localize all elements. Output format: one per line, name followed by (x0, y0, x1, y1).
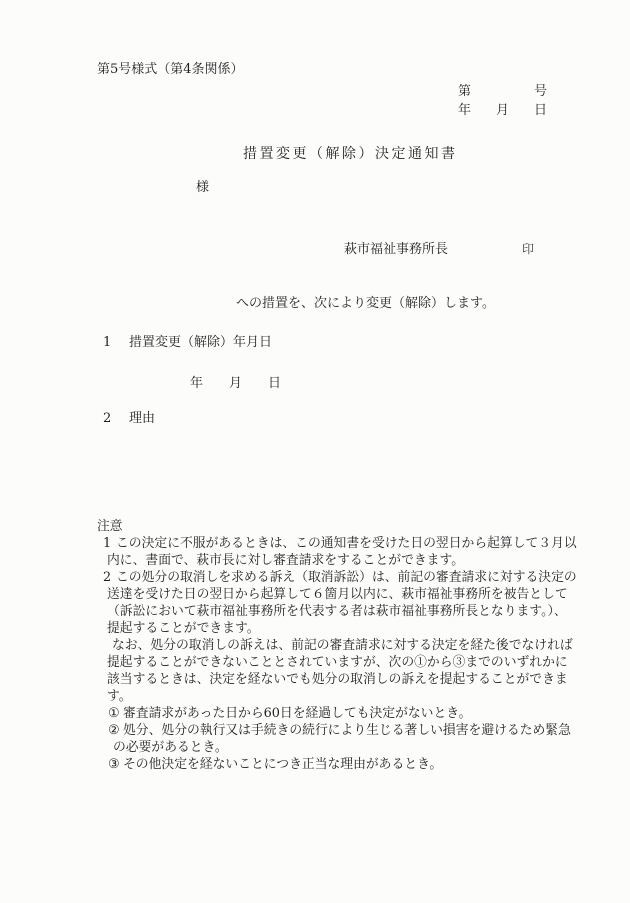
note-item: 1この決定に不服があるときは、この通知書を受けた日の翌日から起算して３月以内に、… (97, 535, 577, 569)
document-page: 第5号様式（第4条関係） 第 号 年 月 日 措置変更（解除）決定通知書 様 萩… (0, 0, 630, 903)
item-1-row: 1措置変更（解除）年月日 (103, 336, 272, 349)
document-number-block: 第 号 年 月 日 (458, 82, 547, 120)
note-item: 2この処分の取消しを求める訴え（取消訴訟）は、前記の審査請求に対する決定の送達を… (97, 569, 577, 637)
item-1-label: 措置変更（解除）年月日 (129, 335, 272, 350)
note-text: その他決定を経ないことにつき正当な理由があるとき。 (123, 757, 442, 772)
measure-change-statement: への措置を、次により変更（解除）します。 (236, 297, 495, 310)
number-suffix: 号 (534, 85, 547, 98)
note-number: 1 (103, 535, 116, 552)
note-text: 処分、処分の執行又は手続きの続行により生じる著しい損害を避けるため緊急の必要があ… (113, 723, 571, 755)
note-circled-number: ③ (108, 756, 123, 773)
note-circled-item: ②処分、処分の執行又は手続きの続行により生じる著しい損害を避けるため緊急の必要が… (97, 722, 577, 756)
notes-section: 注意 1この決定に不服があるときは、この通知書を受けた日の翌日から起算して３月以… (97, 518, 577, 773)
note-supplement: なお、処分の取消しの訴えは、前記の審査請求に対する決定を経た後でなければ提起する… (97, 637, 577, 705)
item-1-date-line: 年 月 日 (190, 377, 281, 390)
note-text: 審査請求があった日から60日を経過しても決定がないとき。 (123, 706, 471, 721)
note-text: この決定に不服があるときは、この通知書を受けた日の翌日から起算して３月以内に、書… (107, 536, 577, 568)
note-circled-number: ② (108, 722, 123, 739)
item-2-row: 2理由 (103, 412, 155, 425)
note-number: 2 (103, 569, 116, 586)
note-circled-number: ① (108, 705, 123, 722)
form-id: 第5号様式（第4条関係） (97, 63, 244, 76)
item-2-label: 理由 (129, 411, 155, 426)
seal-mark: 印 (522, 243, 534, 255)
note-circled-item: ①審査請求があった日から60日を経過しても決定がないとき。 (97, 705, 577, 722)
number-prefix: 第 (458, 85, 471, 98)
item-1-number: 1 (103, 336, 129, 349)
date-year-label: 年 (458, 104, 471, 117)
date-month-label: 月 (496, 104, 509, 117)
document-date-line: 年 月 日 (458, 101, 547, 120)
document-title: 措置変更（解除）決定通知書 (243, 147, 458, 161)
document-number-line: 第 号 (458, 82, 547, 101)
note-text: この処分の取消しを求める訴え（取消訴訟）は、前記の審査請求に対する決定の送達を受… (107, 570, 577, 636)
note-circled-item: ③その他決定を経ないことにつき正当な理由があるとき。 (97, 756, 577, 773)
addressee-honorific: 様 (196, 181, 209, 194)
date-day-label: 日 (534, 104, 547, 117)
item-2-number: 2 (103, 412, 129, 425)
notes-heading: 注意 (97, 518, 577, 535)
sender-title: 萩市福祉事務所長 (344, 243, 448, 256)
